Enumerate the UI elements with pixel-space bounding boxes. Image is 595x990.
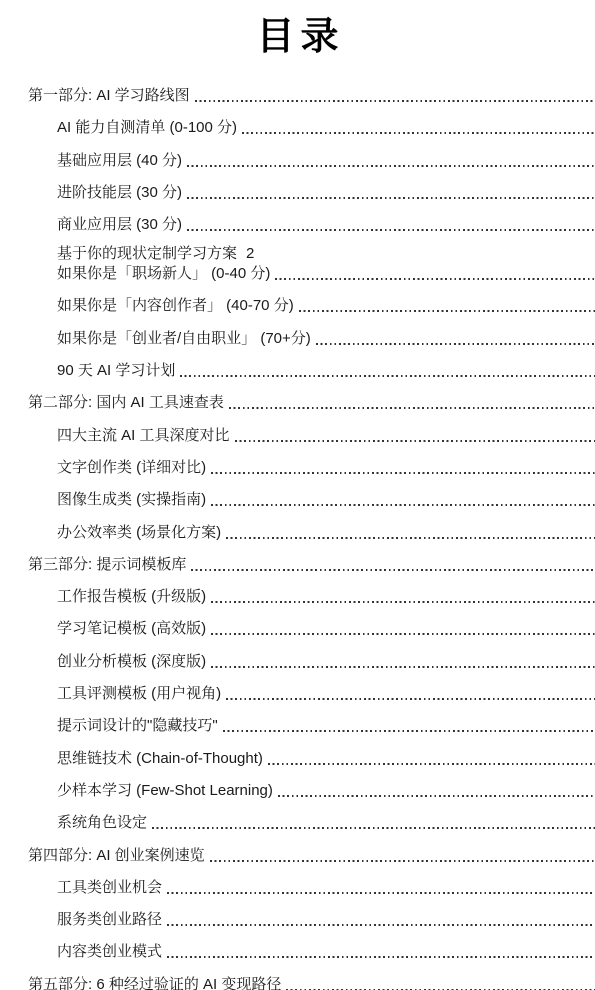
toc-entry[interactable]: 文字创作类 (详细对比) [0, 460, 595, 476]
toc-entry-label: 基础应用层 (40 分) [57, 153, 182, 169]
toc-dot-leader [187, 229, 595, 231]
toc-entry[interactable]: 第五部分: 6 种经过验证的 AI 变现路径 [0, 977, 595, 990]
toc-entry-label: 图像生成类 (实操指南) [57, 492, 206, 508]
toc-dot-leader [187, 197, 595, 199]
toc-dot-leader [211, 472, 595, 474]
toc-entry[interactable]: 基于你的现状定制学习方案2 [0, 246, 595, 262]
toc-dot-leader [167, 956, 595, 958]
toc-entry-label: 学习笔记模板 (高效版) [57, 621, 206, 637]
toc-dot-leader [278, 795, 595, 797]
toc-dot-leader [235, 440, 595, 442]
toc-entry[interactable]: 如果你是「内容创作者」 (40-70 分) [0, 298, 595, 314]
toc-dot-leader [195, 100, 595, 102]
toc-entry[interactable]: 思维链技术 (Chain-of-Thought) [0, 751, 595, 767]
toc-dot-leader [242, 132, 595, 134]
toc-dot-leader [226, 537, 595, 539]
toc-entry-label: 如果你是「内容创作者」 (40-70 分) [57, 298, 294, 314]
toc-dot-leader [275, 278, 595, 280]
toc-list: 第一部分: AI 学习路线图AI 能力自测清单 (0-100 分)基础应用层 (… [0, 88, 595, 990]
toc-entry[interactable]: 内容类创业模式 [0, 944, 595, 960]
toc-dot-leader [187, 165, 595, 167]
toc-dot-leader [191, 569, 595, 571]
toc-entry[interactable]: 图像生成类 (实操指南) [0, 492, 595, 508]
toc-entry[interactable]: 第三部分: 提示词模板库 [0, 557, 595, 573]
toc-entry[interactable]: 服务类创业路径 [0, 912, 595, 928]
toc-entry[interactable]: 如果你是「职场新人」 (0-40 分) [0, 266, 595, 282]
toc-entry-label: 如果你是「职场新人」 (0-40 分) [57, 266, 270, 282]
toc-entry[interactable]: 第一部分: AI 学习路线图 [0, 88, 595, 104]
toc-entry-label: 思维链技术 (Chain-of-Thought) [57, 751, 263, 767]
toc-entry[interactable]: 提示词设计的"隐藏技巧" [0, 718, 595, 734]
toc-entry[interactable]: 系统角色设定 [0, 815, 595, 831]
toc-page-number: 2 [246, 246, 254, 262]
toc-entry-label: 文字创作类 (详细对比) [57, 460, 206, 476]
toc-entry[interactable]: 进阶技能层 (30 分) [0, 185, 595, 201]
toc-entry-label: 90 天 AI 学习计划 [57, 363, 175, 379]
toc-entry[interactable]: 四大主流 AI 工具深度对比 [0, 428, 595, 444]
toc-entry[interactable]: 创业分析模板 (深度版) [0, 654, 595, 670]
toc-entry[interactable]: AI 能力自测清单 (0-100 分) [0, 120, 595, 136]
toc-entry[interactable]: 第二部分: 国内 AI 工具速查表 [0, 395, 595, 411]
toc-entry-label: 商业应用层 (30 分) [57, 217, 182, 233]
toc-dot-leader [211, 601, 595, 603]
toc-dot-leader [229, 407, 595, 409]
toc-entry[interactable]: 90 天 AI 学习计划 [0, 363, 595, 379]
toc-dot-leader [268, 763, 595, 765]
toc-entry-label: 进阶技能层 (30 分) [57, 185, 182, 201]
toc-dot-leader [210, 860, 595, 862]
toc-entry[interactable]: 工具类创业机会 [0, 880, 595, 896]
toc-dot-leader [167, 924, 595, 926]
toc-entry-label: 基于你的现状定制学习方案 [57, 246, 237, 262]
toc-entry[interactable]: 少样本学习 (Few-Shot Learning) [0, 783, 595, 799]
toc-entry-label: 办公效率类 (场景化方案) [57, 525, 221, 541]
toc-entry-label: 创业分析模板 (深度版) [57, 654, 206, 670]
toc-entry-label: 第二部分: 国内 AI 工具速查表 [28, 395, 224, 411]
toc-entry-label: 少样本学习 (Few-Shot Learning) [57, 783, 273, 799]
toc-entry[interactable]: 如果你是「创业者/自由职业」 (70+分) [0, 331, 595, 347]
toc-dot-leader [299, 310, 595, 312]
toc-entry-label: 工具类创业机会 [57, 880, 162, 896]
toc-entry-label: 如果你是「创业者/自由职业」 (70+分) [57, 331, 311, 347]
page-title: 目录 [0, 14, 595, 60]
toc-entry[interactable]: 基础应用层 (40 分) [0, 153, 595, 169]
toc-entry-label: 服务类创业路径 [57, 912, 162, 928]
toc-entry-label: 内容类创业模式 [57, 944, 162, 960]
toc-entry[interactable]: 学习笔记模板 (高效版) [0, 621, 595, 637]
toc-entry-label: 第三部分: 提示词模板库 [28, 557, 186, 573]
toc-entry-label: 系统角色设定 [57, 815, 147, 831]
toc-entry[interactable]: 第四部分: AI 创业案例速览 [0, 848, 595, 864]
toc-entry[interactable]: 工具评测模板 (用户视角) [0, 686, 595, 702]
toc-dot-leader [152, 827, 595, 829]
toc-entry[interactable]: 商业应用层 (30 分) [0, 217, 595, 233]
toc-entry-label: 第四部分: AI 创业案例速览 [28, 848, 205, 864]
toc-dot-leader [211, 666, 595, 668]
toc-dot-leader [167, 892, 595, 894]
toc-dot-leader [223, 730, 595, 732]
document-page: 目录 第一部分: AI 学习路线图AI 能力自测清单 (0-100 分)基础应用… [0, 0, 595, 990]
toc-entry-label: 提示词设计的"隐藏技巧" [57, 718, 218, 734]
toc-entry-label: 第一部分: AI 学习路线图 [28, 88, 190, 104]
toc-entry-label: 工作报告模板 (升级版) [57, 589, 206, 605]
toc-dot-leader [316, 343, 595, 345]
toc-entry-label: 第五部分: 6 种经过验证的 AI 变现路径 [28, 977, 281, 990]
toc-dot-leader [180, 375, 595, 377]
toc-entry-label: 四大主流 AI 工具深度对比 [57, 428, 230, 444]
toc-dot-leader [211, 504, 595, 506]
toc-entry-label: AI 能力自测清单 (0-100 分) [57, 120, 237, 136]
toc-entry[interactable]: 工作报告模板 (升级版) [0, 589, 595, 605]
toc-entry-label: 工具评测模板 (用户视角) [57, 686, 221, 702]
toc-entry[interactable]: 办公效率类 (场景化方案) [0, 525, 595, 541]
toc-dot-leader [211, 633, 595, 635]
toc-dot-leader [226, 698, 595, 700]
